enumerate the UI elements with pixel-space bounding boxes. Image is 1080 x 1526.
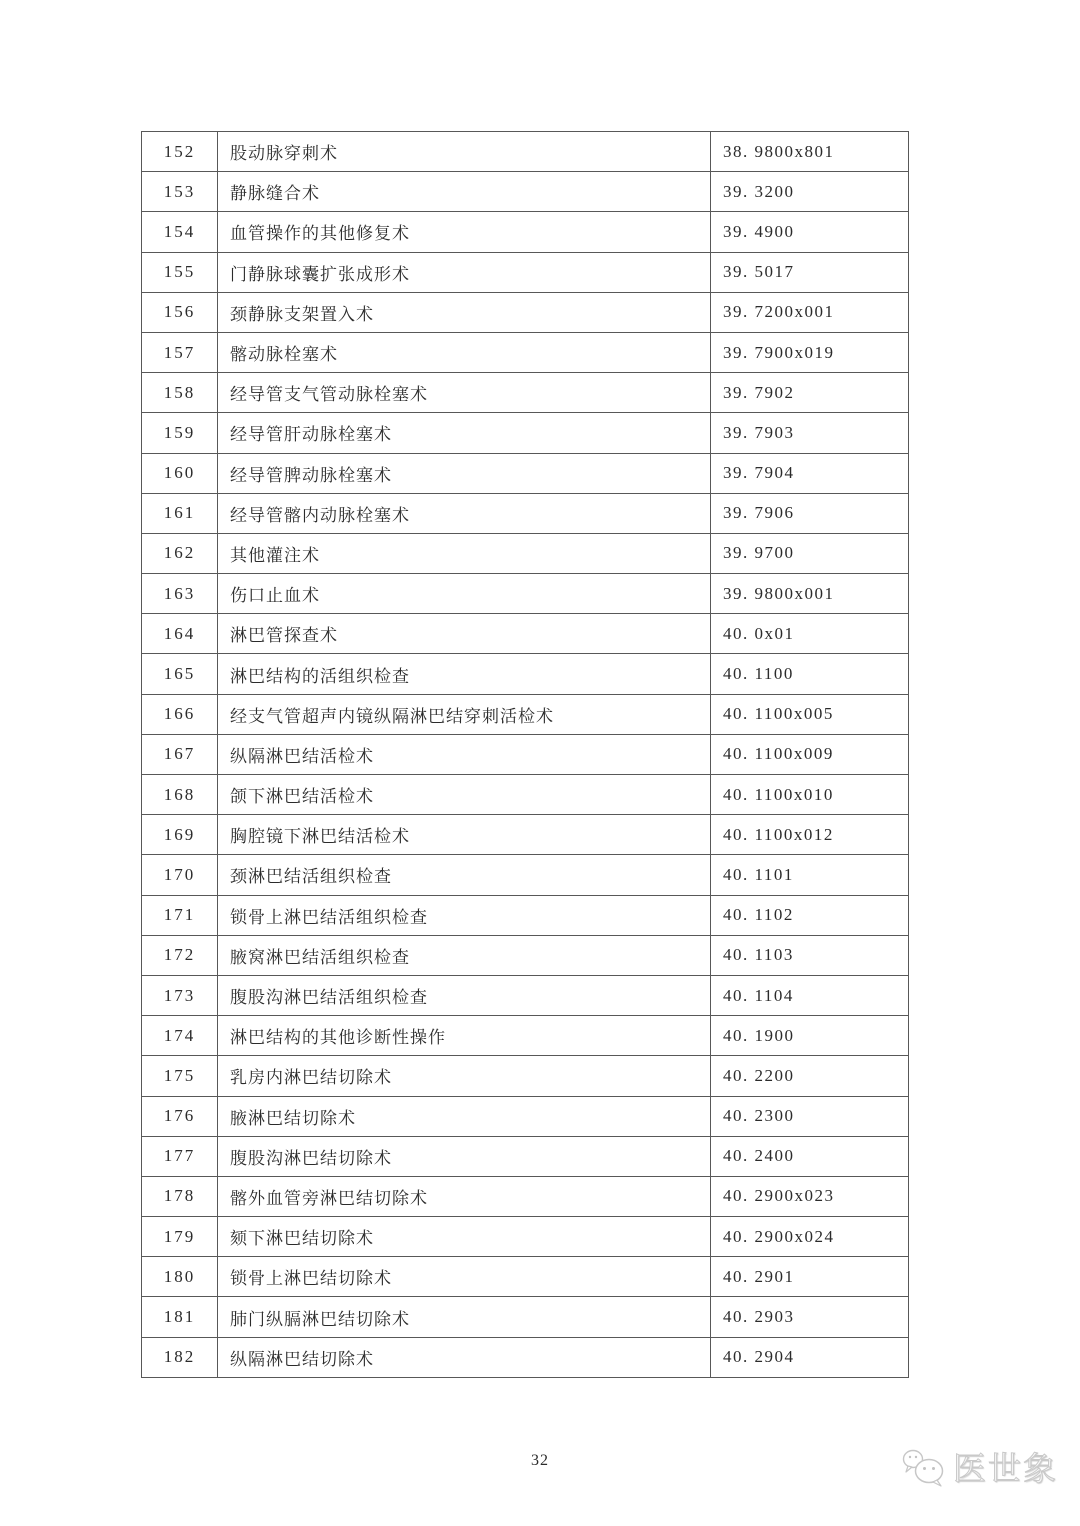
procedure-code-cell: 39. 7906 <box>711 493 909 533</box>
row-number-cell: 161 <box>142 493 218 533</box>
procedure-name-cell: 腋淋巴结切除术 <box>218 1096 711 1136</box>
procedure-name-cell: 淋巴结构的活组织检查 <box>218 654 711 694</box>
brand-watermark: 医世象 <box>901 1443 1058 1490</box>
row-number-cell: 158 <box>142 373 218 413</box>
procedure-name-cell: 血管操作的其他修复术 <box>218 212 711 252</box>
procedure-code-cell: 39. 5017 <box>711 252 909 292</box>
row-number-cell: 170 <box>142 855 218 895</box>
table-row: 173腹股沟淋巴结活组织检查40. 1104 <box>142 975 909 1015</box>
table-row: 156颈静脉支架置入术39. 7200x001 <box>142 292 909 332</box>
procedure-code-cell: 40. 2900x024 <box>711 1217 909 1257</box>
procedure-code-cell: 40. 1100 <box>711 654 909 694</box>
row-number-cell: 179 <box>142 1217 218 1257</box>
procedure-code-table: 152股动脉穿刺术38. 9800x801153静脉缝合术39. 3200154… <box>141 131 909 1378</box>
procedure-code-cell: 38. 9800x801 <box>711 132 909 172</box>
procedure-code-cell: 40. 1103 <box>711 935 909 975</box>
table-row: 170颈淋巴结活组织检查40. 1101 <box>142 855 909 895</box>
table-row: 161经导管髂内动脉栓塞术39. 7906 <box>142 493 909 533</box>
procedure-name-cell: 肺门纵膈淋巴结切除术 <box>218 1297 711 1337</box>
row-number-cell: 164 <box>142 614 218 654</box>
procedure-table-body: 152股动脉穿刺术38. 9800x801153静脉缝合术39. 3200154… <box>142 132 909 1378</box>
row-number-cell: 168 <box>142 775 218 815</box>
row-number-cell: 163 <box>142 574 218 614</box>
procedure-name-cell: 静脉缝合术 <box>218 172 711 212</box>
table-row: 171锁骨上淋巴结活组织检查40. 1102 <box>142 895 909 935</box>
row-number-cell: 174 <box>142 1016 218 1056</box>
row-number-cell: 180 <box>142 1257 218 1297</box>
procedure-name-cell: 经支气管超声内镜纵隔淋巴结穿刺活检术 <box>218 694 711 734</box>
table-row: 180锁骨上淋巴结切除术40. 2901 <box>142 1257 909 1297</box>
table-row: 166经支气管超声内镜纵隔淋巴结穿刺活检术40. 1100x005 <box>142 694 909 734</box>
table-row: 165淋巴结构的活组织检查40. 1100 <box>142 654 909 694</box>
procedure-code-cell: 40. 1101 <box>711 855 909 895</box>
procedure-code-cell: 39. 7900x019 <box>711 332 909 372</box>
table-row: 153静脉缝合术39. 3200 <box>142 172 909 212</box>
procedure-name-cell: 乳房内淋巴结切除术 <box>218 1056 711 1096</box>
procedure-code-cell: 39. 9700 <box>711 533 909 573</box>
procedure-code-cell: 40. 0x01 <box>711 614 909 654</box>
procedure-name-cell: 颈静脉支架置入术 <box>218 292 711 332</box>
table-row: 162其他灌注术39. 9700 <box>142 533 909 573</box>
row-number-cell: 160 <box>142 453 218 493</box>
brand-name: 医世象 <box>953 1443 1058 1490</box>
procedure-name-cell: 经导管脾动脉栓塞术 <box>218 453 711 493</box>
procedure-code-cell: 40. 2903 <box>711 1297 909 1337</box>
table-row: 167纵隔淋巴结活检术40. 1100x009 <box>142 734 909 774</box>
row-number-cell: 176 <box>142 1096 218 1136</box>
procedure-name-cell: 颏下淋巴结切除术 <box>218 1217 711 1257</box>
procedure-name-cell: 经导管肝动脉栓塞术 <box>218 413 711 453</box>
table-row: 169胸腔镜下淋巴结活检术40. 1100x012 <box>142 815 909 855</box>
procedure-code-cell: 39. 9800x001 <box>711 574 909 614</box>
procedure-name-cell: 腹股沟淋巴结活组织检查 <box>218 975 711 1015</box>
wechat-bubbles-icon <box>901 1445 947 1489</box>
row-number-cell: 156 <box>142 292 218 332</box>
procedure-name-cell: 经导管支气管动脉栓塞术 <box>218 373 711 413</box>
row-number-cell: 166 <box>142 694 218 734</box>
table-row: 152股动脉穿刺术38. 9800x801 <box>142 132 909 172</box>
procedure-name-cell: 纵隔淋巴结活检术 <box>218 734 711 774</box>
procedure-code-cell: 39. 7902 <box>711 373 909 413</box>
procedure-code-cell: 39. 7903 <box>711 413 909 453</box>
table-row: 158经导管支气管动脉栓塞术39. 7902 <box>142 373 909 413</box>
row-number-cell: 157 <box>142 332 218 372</box>
table-row: 182纵隔淋巴结切除术40. 2904 <box>142 1337 909 1377</box>
procedure-code-cell: 40. 1100x005 <box>711 694 909 734</box>
procedure-name-cell: 淋巴管探查术 <box>218 614 711 654</box>
row-number-cell: 167 <box>142 734 218 774</box>
procedure-name-cell: 髂动脉栓塞术 <box>218 332 711 372</box>
row-number-cell: 169 <box>142 815 218 855</box>
table-row: 179颏下淋巴结切除术40. 2900x024 <box>142 1217 909 1257</box>
table-row: 168颌下淋巴结活检术40. 1100x010 <box>142 775 909 815</box>
row-number-cell: 153 <box>142 172 218 212</box>
procedure-code-cell: 40. 1100x012 <box>711 815 909 855</box>
procedure-name-cell: 腋窝淋巴结活组织检查 <box>218 935 711 975</box>
table-row: 181肺门纵膈淋巴结切除术40. 2903 <box>142 1297 909 1337</box>
procedure-name-cell: 颌下淋巴结活检术 <box>218 775 711 815</box>
table-row: 178髂外血管旁淋巴结切除术40. 2900x023 <box>142 1176 909 1216</box>
row-number-cell: 177 <box>142 1136 218 1176</box>
document-page: 152股动脉穿刺术38. 9800x801153静脉缝合术39. 3200154… <box>0 0 1080 1526</box>
procedure-code-cell: 40. 2200 <box>711 1056 909 1096</box>
procedure-code-cell: 40. 1900 <box>711 1016 909 1056</box>
procedure-name-cell: 颈淋巴结活组织检查 <box>218 855 711 895</box>
procedure-code-cell: 40. 1104 <box>711 975 909 1015</box>
procedure-code-cell: 40. 2400 <box>711 1136 909 1176</box>
row-number-cell: 155 <box>142 252 218 292</box>
table-row: 164淋巴管探查术40. 0x01 <box>142 614 909 654</box>
row-number-cell: 162 <box>142 533 218 573</box>
procedure-code-cell: 40. 2901 <box>711 1257 909 1297</box>
row-number-cell: 173 <box>142 975 218 1015</box>
table-row: 174淋巴结构的其他诊断性操作40. 1900 <box>142 1016 909 1056</box>
procedure-code-cell: 40. 1102 <box>711 895 909 935</box>
procedure-code-cell: 39. 4900 <box>711 212 909 252</box>
procedure-name-cell: 腹股沟淋巴结切除术 <box>218 1136 711 1176</box>
table-row: 160经导管脾动脉栓塞术39. 7904 <box>142 453 909 493</box>
row-number-cell: 159 <box>142 413 218 453</box>
procedure-name-cell: 锁骨上淋巴结活组织检查 <box>218 895 711 935</box>
table-row: 175乳房内淋巴结切除术40. 2200 <box>142 1056 909 1096</box>
procedure-code-cell: 40. 2300 <box>711 1096 909 1136</box>
table-row: 177腹股沟淋巴结切除术40. 2400 <box>142 1136 909 1176</box>
row-number-cell: 175 <box>142 1056 218 1096</box>
procedure-code-cell: 40. 2900x023 <box>711 1176 909 1216</box>
procedure-name-cell: 门静脉球囊扩张成形术 <box>218 252 711 292</box>
table-row: 155门静脉球囊扩张成形术39. 5017 <box>142 252 909 292</box>
row-number-cell: 171 <box>142 895 218 935</box>
table-row: 159经导管肝动脉栓塞术39. 7903 <box>142 413 909 453</box>
table-row: 154血管操作的其他修复术39. 4900 <box>142 212 909 252</box>
row-number-cell: 154 <box>142 212 218 252</box>
procedure-name-cell: 经导管髂内动脉栓塞术 <box>218 493 711 533</box>
procedure-name-cell: 其他灌注术 <box>218 533 711 573</box>
procedure-name-cell: 锁骨上淋巴结切除术 <box>218 1257 711 1297</box>
procedure-name-cell: 伤口止血术 <box>218 574 711 614</box>
row-number-cell: 182 <box>142 1337 218 1377</box>
procedure-code-cell: 40. 1100x009 <box>711 734 909 774</box>
row-number-cell: 178 <box>142 1176 218 1216</box>
row-number-cell: 165 <box>142 654 218 694</box>
procedure-name-cell: 髂外血管旁淋巴结切除术 <box>218 1176 711 1216</box>
row-number-cell: 181 <box>142 1297 218 1337</box>
procedure-code-cell: 40. 1100x010 <box>711 775 909 815</box>
table-row: 172腋窝淋巴结活组织检查40. 1103 <box>142 935 909 975</box>
procedure-name-cell: 股动脉穿刺术 <box>218 132 711 172</box>
procedure-code-cell: 40. 2904 <box>711 1337 909 1377</box>
procedure-name-cell: 淋巴结构的其他诊断性操作 <box>218 1016 711 1056</box>
row-number-cell: 152 <box>142 132 218 172</box>
table-row: 163伤口止血术39. 9800x001 <box>142 574 909 614</box>
row-number-cell: 172 <box>142 935 218 975</box>
procedure-code-cell: 39. 7200x001 <box>711 292 909 332</box>
procedure-code-cell: 39. 7904 <box>711 453 909 493</box>
table-row: 157髂动脉栓塞术39. 7900x019 <box>142 332 909 372</box>
procedure-name-cell: 胸腔镜下淋巴结活检术 <box>218 815 711 855</box>
table-row: 176腋淋巴结切除术40. 2300 <box>142 1096 909 1136</box>
procedure-code-cell: 39. 3200 <box>711 172 909 212</box>
procedure-name-cell: 纵隔淋巴结切除术 <box>218 1337 711 1377</box>
